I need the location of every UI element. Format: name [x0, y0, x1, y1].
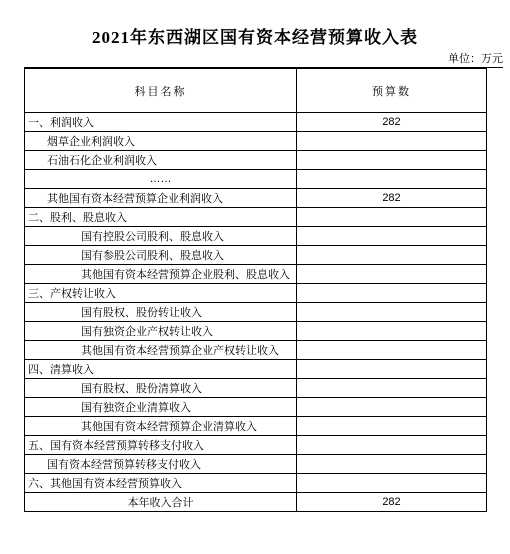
table-row: 国有资本经营预算转移支付收入	[25, 455, 487, 474]
value-cell: 282	[297, 493, 487, 512]
table-header-row: 科目名称 预算数	[25, 69, 487, 113]
value-cell	[297, 341, 487, 360]
table-row: 其他国有资本经营预算企业清算收入	[25, 417, 487, 436]
table-row: 本年收入合计282	[25, 493, 487, 512]
column-header-budget: 预算数	[297, 69, 487, 113]
subject-cell: 国有独资企业清算收入	[25, 398, 297, 417]
table-row: 一、利润收入282	[25, 113, 487, 132]
value-cell	[297, 246, 487, 265]
subject-cell: 国有资本经营预算转移支付收入	[25, 455, 297, 474]
subject-cell: 其他国有资本经营预算企业清算收入	[25, 417, 297, 436]
page-title: 2021年东西湖区国有资本经营预算收入表	[0, 23, 510, 48]
subject-cell: 四、清算收入	[25, 360, 297, 379]
subject-cell: 烟草企业利润收入	[25, 132, 297, 151]
table-row: 六、其他国有资本经营预算收入	[25, 474, 487, 493]
table-row: 国有独资企业产权转让收入	[25, 322, 487, 341]
table-row: 其他国有资本经营预算企业股利、股息收入	[25, 265, 487, 284]
table-row: 石油石化企业利润收入	[25, 151, 487, 170]
value-cell	[297, 132, 487, 151]
value-cell	[297, 436, 487, 455]
table-row: 其他国有资本经营预算企业利润收入282	[25, 189, 487, 208]
value-cell	[297, 284, 487, 303]
subject-cell: 其他国有资本经营预算企业利润收入	[25, 189, 297, 208]
value-cell	[297, 208, 487, 227]
table-row: 国有控股公司股利、股息收入	[25, 227, 487, 246]
subject-cell: 国有独资企业产权转让收入	[25, 322, 297, 341]
table-row: 五、国有资本经营预算转移支付收入	[25, 436, 487, 455]
unit-label: 单位：万元	[24, 52, 503, 68]
subject-cell: 国有控股公司股利、股息收入	[25, 227, 297, 246]
table-row: 国有独资企业清算收入	[25, 398, 487, 417]
value-cell: 282	[297, 113, 487, 132]
subject-cell: 本年收入合计	[25, 493, 297, 512]
value-cell	[297, 417, 487, 436]
subject-cell: 一、利润收入	[25, 113, 297, 132]
table-row: 其他国有资本经营预算企业产权转让收入	[25, 341, 487, 360]
table-row: 三、产权转让收入	[25, 284, 487, 303]
value-cell	[297, 398, 487, 417]
table-row: 国有股权、股份转让收入	[25, 303, 487, 322]
value-cell	[297, 265, 487, 284]
value-cell	[297, 322, 487, 341]
subject-cell: 三、产权转让收入	[25, 284, 297, 303]
value-cell	[297, 455, 487, 474]
subject-cell: 其他国有资本经营预算企业产权转让收入	[25, 341, 297, 360]
value-cell	[297, 303, 487, 322]
subject-cell: 二、股利、股息收入	[25, 208, 297, 227]
subject-cell: 六、其他国有资本经营预算收入	[25, 474, 297, 493]
subject-cell: 石油石化企业利润收入	[25, 151, 297, 170]
subject-cell: 国有参股公司股利、股息收入	[25, 246, 297, 265]
value-cell	[297, 170, 487, 189]
subject-cell: 国有股权、股份转让收入	[25, 303, 297, 322]
table-row: ……	[25, 170, 487, 189]
table-row: 国有参股公司股利、股息收入	[25, 246, 487, 265]
subject-cell: ……	[25, 170, 297, 189]
table-row: 二、股利、股息收入	[25, 208, 487, 227]
value-cell	[297, 151, 487, 170]
value-cell	[297, 227, 487, 246]
budget-table: 科目名称 预算数 一、利润收入282烟草企业利润收入石油石化企业利润收入……其他…	[24, 68, 487, 512]
subject-cell: 五、国有资本经营预算转移支付收入	[25, 436, 297, 455]
value-cell: 282	[297, 189, 487, 208]
table-row: 烟草企业利润收入	[25, 132, 487, 151]
budget-document-page: 2021年东西湖区国有资本经营预算收入表 单位：万元 科目名称 预算数 一、利润…	[0, 0, 510, 554]
table-row: 四、清算收入	[25, 360, 487, 379]
value-cell	[297, 360, 487, 379]
subject-cell: 国有股权、股份清算收入	[25, 379, 297, 398]
table-row: 国有股权、股份清算收入	[25, 379, 487, 398]
value-cell	[297, 474, 487, 493]
value-cell	[297, 379, 487, 398]
subject-cell: 其他国有资本经营预算企业股利、股息收入	[25, 265, 297, 284]
column-header-subject: 科目名称	[25, 69, 297, 113]
